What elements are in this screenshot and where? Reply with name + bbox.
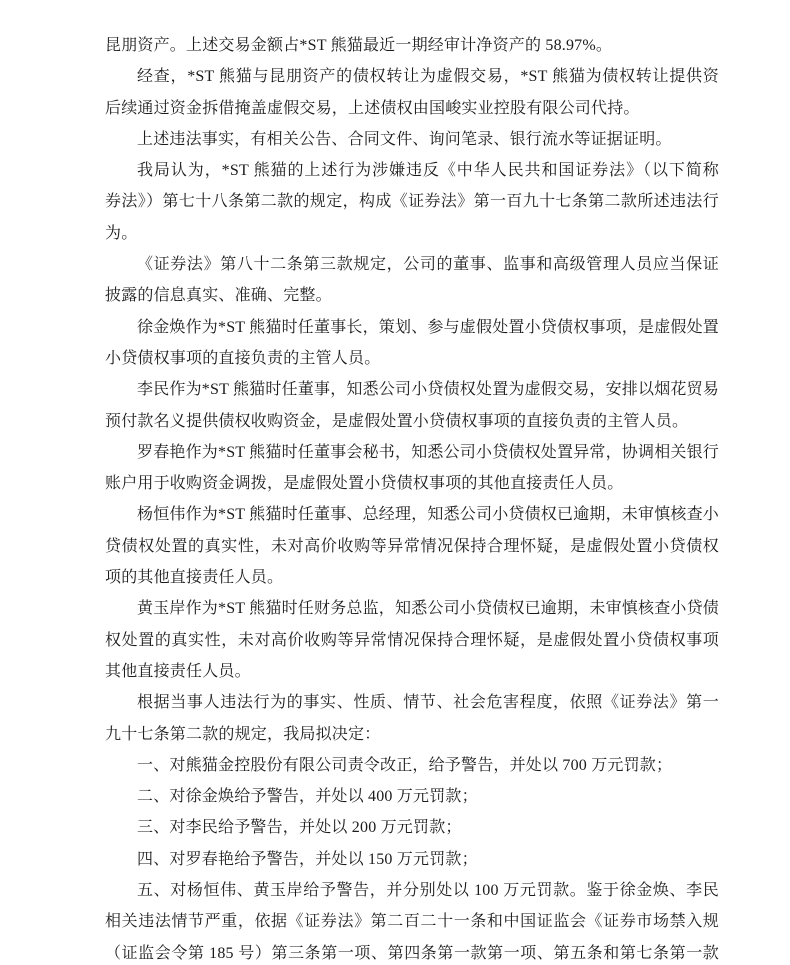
text-line: 预付款名义提供债权收购资金，是虚假处置小贷债权事项的直接负责的主管人员。: [105, 406, 719, 437]
text-line: 三、对李民给予警告，并处以 200 万元罚款；: [105, 812, 719, 843]
text-line: 黄玉岸作为*ST 熊猫时任财务总监，知悉公司小贷债权已逾期，未审慎核查小贷债: [105, 593, 719, 624]
text-line: 二、对徐金焕给予警告，并处以 400 万元罚款；: [105, 781, 719, 812]
text-line: 相关违法情节严重，依据《证券法》第二百二十一条和中国证监会《证券市场禁入规定》: [105, 906, 719, 937]
text-line: 徐金焕作为*ST 熊猫时任董事长，策划、参与虚假处置小贷债权事项，是虚假处置: [105, 312, 719, 343]
text-line: 权处置的真实性，未对高价收购等异常情况保持合理怀疑，是虚假处置小贷债权事项的: [105, 625, 719, 656]
text-line: （证监会令第 185 号）第三条第一项、第四条第一款第一项、第五条和第七条第一款…: [105, 938, 719, 965]
text-line: 经查，*ST 熊猫与昆朋资产的债权转让为虚假交易，*ST 熊猫为债权转让提供资金…: [105, 61, 719, 92]
text-line: 为。: [105, 218, 719, 249]
text-line: 后续通过资金拆借掩盖虚假交易，上述债权由国峻实业控股有限公司代持。: [105, 93, 719, 124]
text-line: 《证券法》第八十二条第三款规定，公司的董事、监事和高级管理人员应当保证所: [105, 249, 719, 280]
document-body: 昆朋资产。上述交易金额占*ST 熊猫最近一期经审计净资产的 58.97%。经查，…: [105, 30, 719, 965]
document-page: 昆朋资产。上述交易金额占*ST 熊猫最近一期经审计净资产的 58.97%。经查，…: [0, 0, 790, 965]
text-line: 券法》）第七十八条第二款的规定，构成《证券法》第一百九十七条第二款所述违法行: [105, 186, 719, 217]
text-line: 其他直接责任人员。: [105, 656, 719, 687]
text-line: 杨恒伟作为*ST 熊猫时任董事、总经理，知悉公司小贷债权已逾期，未审慎核查小: [105, 499, 719, 530]
text-line: 账户用于收购资金调拨，是虚假处置小贷债权事项的其他直接责任人员。: [105, 468, 719, 499]
text-line: 根据当事人违法行为的事实、性质、情节、社会危害程度，依照《证券法》第一百: [105, 687, 719, 718]
text-line: 昆朋资产。上述交易金额占*ST 熊猫最近一期经审计净资产的 58.97%。: [105, 30, 719, 61]
text-line: 我局认为，*ST 熊猫的上述行为涉嫌违反《中华人民共和国证券法》（以下简称《证: [105, 155, 719, 186]
text-line: 李民作为*ST 熊猫时任董事，知悉公司小贷债权处置为虚假交易，安排以烟花贸易: [105, 374, 719, 405]
text-line: 贷债权处置的真实性，未对高价收购等异常情况保持合理怀疑，是虚假处置小贷债权事: [105, 531, 719, 562]
text-line: 五、对杨恒伟、黄玉岸给予警告，并分别处以 100 万元罚款。鉴于徐金焕、李民的: [105, 875, 719, 906]
text-line: 四、对罗春艳给予警告，并处以 150 万元罚款；: [105, 844, 719, 875]
text-line: 上述违法事实，有相关公告、合同文件、询问笔录、银行流水等证据证明。: [105, 124, 719, 155]
text-line: 罗春艳作为*ST 熊猫时任董事会秘书，知悉公司小贷债权处置异常，协调相关银行: [105, 437, 719, 468]
text-line: 小贷债权事项的直接负责的主管人员。: [105, 343, 719, 374]
text-line: 一、对熊猫金控股份有限公司责令改正，给予警告，并处以 700 万元罚款；: [105, 750, 719, 781]
text-line: 九十七条第二款的规定，我局拟决定：: [105, 719, 719, 750]
text-line: 披露的信息真实、准确、完整。: [105, 280, 719, 311]
text-line: 项的其他直接责任人员。: [105, 562, 719, 593]
